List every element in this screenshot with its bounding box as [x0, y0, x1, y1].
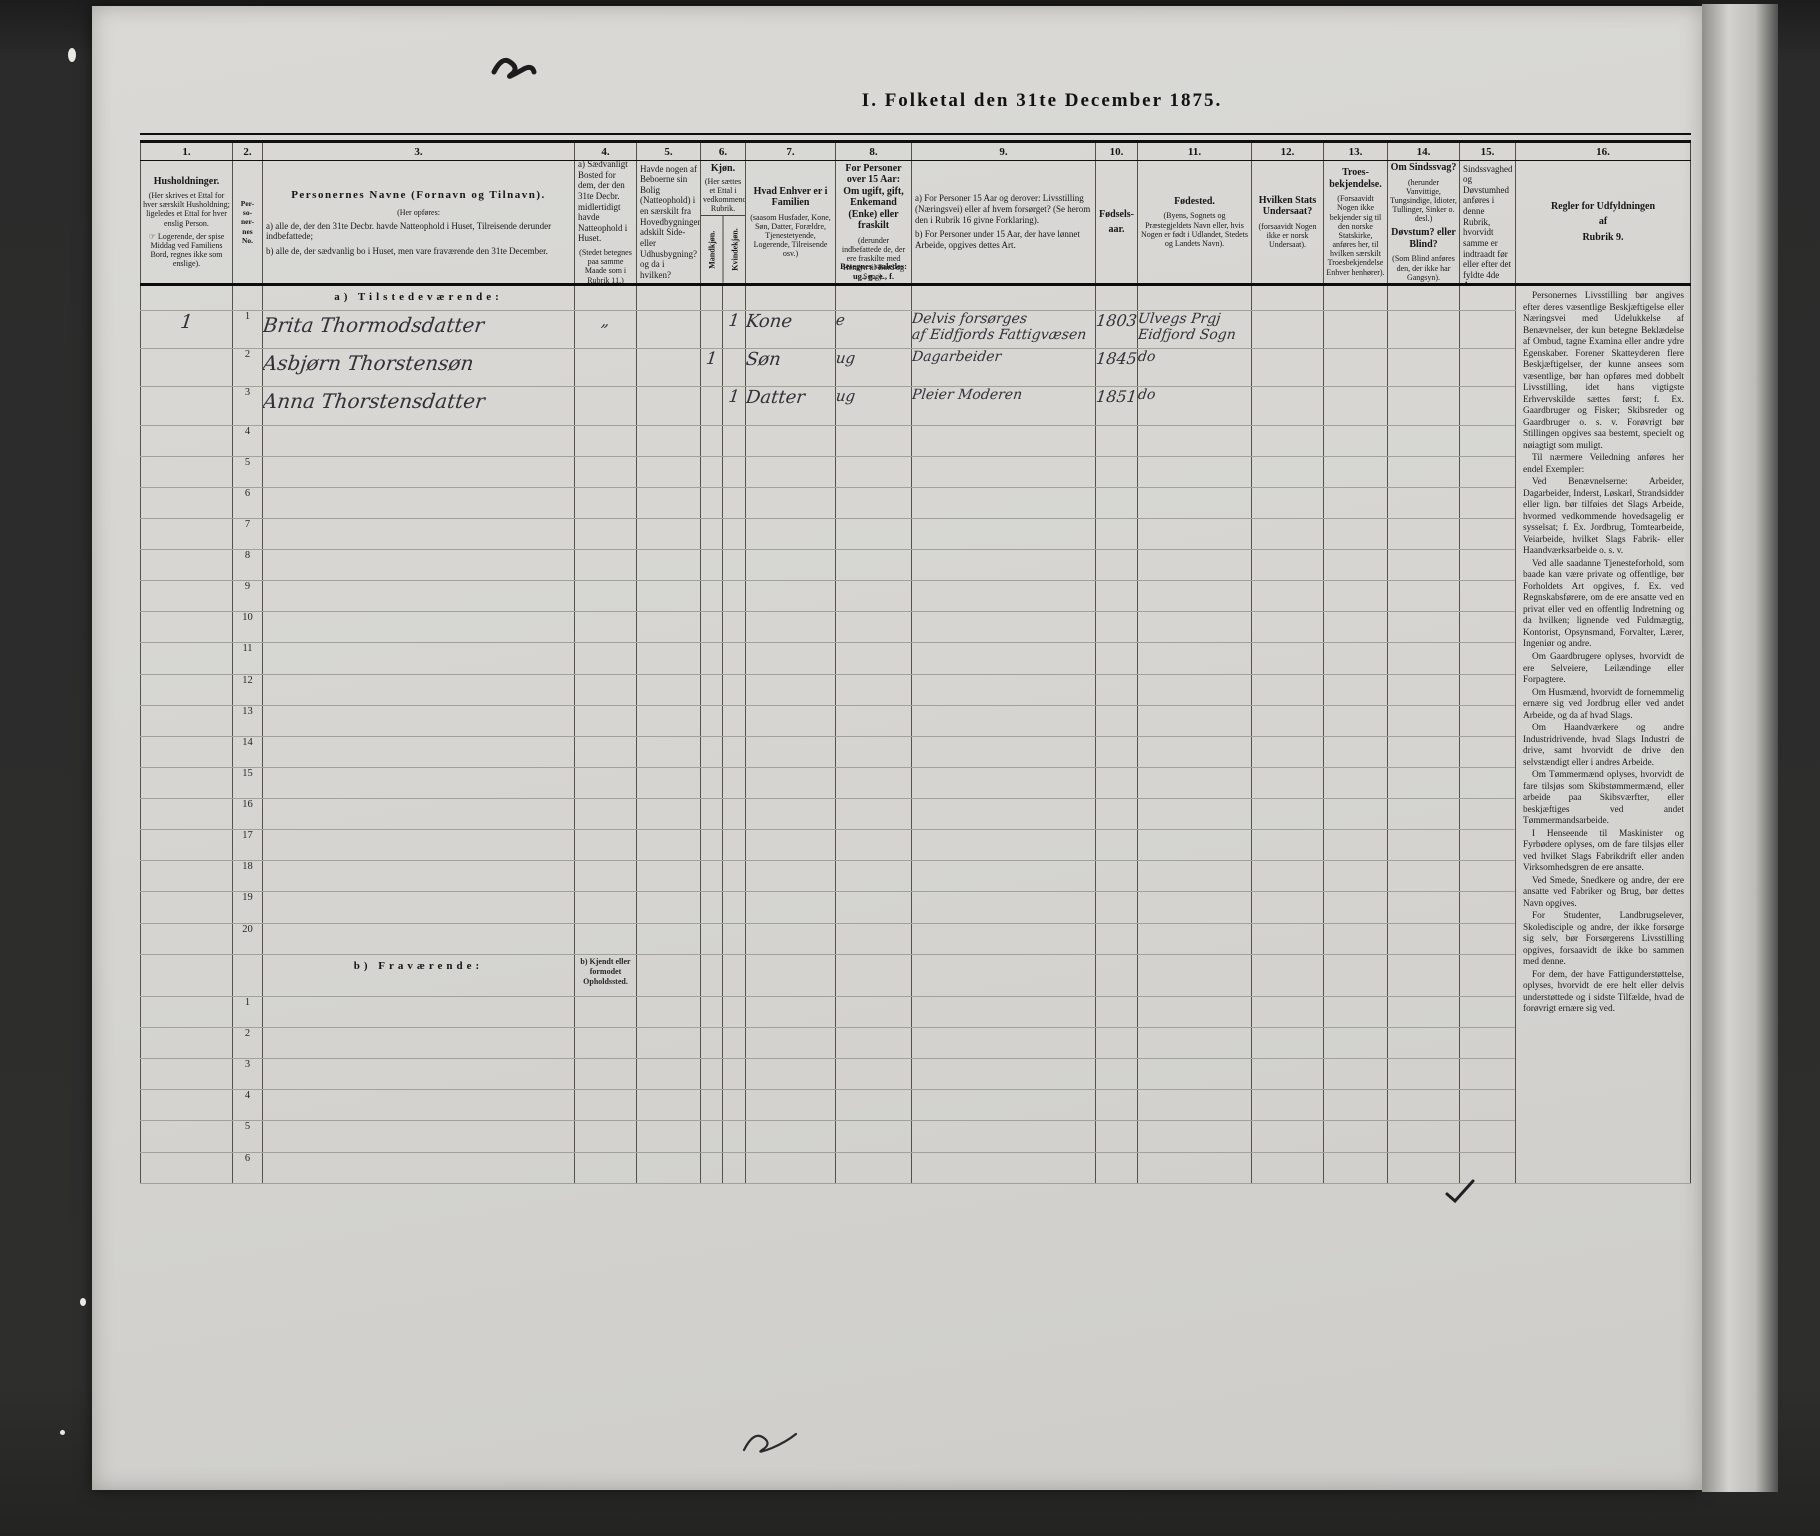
- cell-state: [1252, 387, 1324, 425]
- table-row: 5: [141, 1121, 1691, 1152]
- cell-civ: [836, 861, 912, 892]
- cell-state: [1252, 923, 1324, 954]
- cell-born: [1096, 550, 1138, 581]
- cell-f: [723, 425, 746, 456]
- cell-civ: [836, 550, 912, 581]
- table-row: 4: [141, 425, 1691, 456]
- table-row: 9: [141, 581, 1691, 612]
- cell-fam: [746, 425, 836, 456]
- cell-res: [575, 705, 637, 736]
- cell-fam: Datter: [746, 387, 836, 425]
- cell-age4: [1460, 705, 1516, 736]
- col-num-14: 14.: [1388, 142, 1460, 161]
- cell-age4: [1460, 1059, 1516, 1090]
- cell-out: [637, 643, 701, 674]
- cell-mind: [1388, 1121, 1460, 1152]
- cell-state: [1252, 643, 1324, 674]
- cell-m: [701, 830, 723, 861]
- cell-mind: [1388, 311, 1460, 349]
- cell-m: [701, 674, 723, 705]
- cell-name: [263, 643, 575, 674]
- cell-occ: [912, 581, 1096, 612]
- cell-age4: [1460, 923, 1516, 954]
- cell-occ: [912, 1090, 1096, 1121]
- cell-mind: [1388, 456, 1460, 487]
- cell-out: [637, 1121, 701, 1152]
- cell-f: [723, 705, 746, 736]
- label-female-column: Kvindekjøn.: [723, 216, 746, 283]
- cell-faith: [1324, 487, 1388, 518]
- cell-born: [1096, 830, 1138, 861]
- cell-fam: [746, 705, 836, 736]
- cell-res: [575, 736, 637, 767]
- table-row: 16: [141, 799, 1691, 830]
- cell-m: [701, 612, 723, 643]
- cell-age4: [1460, 487, 1516, 518]
- cell-place: [1138, 1152, 1252, 1183]
- cell-civ: [836, 954, 912, 996]
- cell-state: [1252, 954, 1324, 996]
- col-num-12: 12.: [1252, 142, 1324, 161]
- cell-civ: [836, 612, 912, 643]
- header-occupation: a) For Personer 15 Aar og derover: Livss…: [912, 161, 1096, 285]
- cell-mind: [1388, 349, 1460, 387]
- cell-fam: [746, 799, 836, 830]
- cell-m: [701, 425, 723, 456]
- cell-f: [723, 643, 746, 674]
- cell-res: [575, 1090, 637, 1121]
- cell-mind: [1388, 996, 1460, 1027]
- cell-hh: [141, 799, 233, 830]
- cell-res: [575, 518, 637, 549]
- cell-age4: [1460, 425, 1516, 456]
- header-usual-residence: a) Sædvanligt Bosted for dem, der den 31…: [575, 161, 637, 285]
- section-row: a) Tilstedeværende:Personernes Livsstill…: [141, 285, 1691, 311]
- cell-f: [723, 518, 746, 549]
- cell-hh: [141, 767, 233, 798]
- cell-civ: [836, 996, 912, 1027]
- cell-out: [637, 830, 701, 861]
- cell-state: [1252, 612, 1324, 643]
- cell-occ: [912, 1152, 1096, 1183]
- cell-place: [1138, 550, 1252, 581]
- cell-res: [575, 923, 637, 954]
- cell-age4: [1460, 799, 1516, 830]
- cell-f: [723, 996, 746, 1027]
- col-num-13: 13.: [1324, 142, 1388, 161]
- cell-state: [1252, 674, 1324, 705]
- cell-out: [637, 767, 701, 798]
- adjacent-page-edge: [1702, 4, 1778, 1492]
- cell-hh: [141, 456, 233, 487]
- cell-born: [1096, 1028, 1138, 1059]
- cell-age4: [1460, 311, 1516, 349]
- cell-no: 1: [233, 311, 263, 349]
- cell-civ: [836, 425, 912, 456]
- cell-occ: [912, 425, 1096, 456]
- cell-civ: [836, 830, 912, 861]
- cell-occ: [912, 674, 1096, 705]
- cell-f: [723, 285, 746, 311]
- cell-state: [1252, 425, 1324, 456]
- cell-mind: [1388, 1028, 1460, 1059]
- table-row: 7: [141, 518, 1691, 549]
- table-row: 11Brita Thormodsdatter„1KoneeDelvis fors…: [141, 311, 1691, 349]
- cell-name: [263, 581, 575, 612]
- cell-place: [1138, 674, 1252, 705]
- cell-age4: [1460, 456, 1516, 487]
- cell-age4: [1460, 518, 1516, 549]
- cell-out: [637, 705, 701, 736]
- cell-no: 6: [233, 1152, 263, 1183]
- cell-name: [263, 830, 575, 861]
- cell-occ: [912, 767, 1096, 798]
- cell-place: [1138, 612, 1252, 643]
- table-row: 4: [141, 1090, 1691, 1121]
- cell-occ: [912, 550, 1096, 581]
- header-disabilities: Om Sindssvag?(herunder Vanvittige, Tungs…: [1388, 161, 1460, 285]
- label-male-column: Mandkjøn.: [701, 216, 723, 283]
- cell-no: 8: [233, 550, 263, 581]
- col-num-5: 5.: [637, 142, 701, 161]
- cell-state: [1252, 1152, 1324, 1183]
- cell-f: [723, 736, 746, 767]
- cell-out: [637, 285, 701, 311]
- cell-m: [701, 550, 723, 581]
- cell-mind: [1388, 736, 1460, 767]
- section-row: b) Fraværende:b) Kjendt eller formodet O…: [141, 954, 1691, 996]
- cell-m: [701, 581, 723, 612]
- header-households: Husholdninger.(Her skrives et Ettal for …: [141, 161, 233, 285]
- cell-m: [701, 456, 723, 487]
- header-person-number: Per-so-ner-nesNo.: [233, 161, 263, 285]
- cell-faith: [1324, 954, 1388, 996]
- cell-f: [723, 674, 746, 705]
- cell-no: 4: [233, 425, 263, 456]
- cell-faith: [1324, 1090, 1388, 1121]
- cell-out: [637, 487, 701, 518]
- cell-state: [1252, 311, 1324, 349]
- cell-m: [701, 1028, 723, 1059]
- cell-fam: [746, 674, 836, 705]
- cell-name: [263, 923, 575, 954]
- cell-place: [1138, 456, 1252, 487]
- cell-hh: [141, 612, 233, 643]
- cell-f: [723, 612, 746, 643]
- cell-state: [1252, 285, 1324, 311]
- cell-state: [1252, 892, 1324, 923]
- cell-hh: [141, 705, 233, 736]
- cell-hh: [141, 1059, 233, 1090]
- cell-fam: [746, 1028, 836, 1059]
- cell-civ: [836, 518, 912, 549]
- cell-occ: [912, 996, 1096, 1027]
- cell-name: [263, 518, 575, 549]
- cell-f: [723, 581, 746, 612]
- cell-hh: [141, 1121, 233, 1152]
- cell-occ: [912, 799, 1096, 830]
- cell-civ: [836, 1152, 912, 1183]
- cell-out: [637, 1152, 701, 1183]
- table-row: 11: [141, 643, 1691, 674]
- cell-civ: [836, 1028, 912, 1059]
- header-civil-status: For Personer over 15 Aar: Om ugift, gift…: [836, 161, 912, 285]
- cell-mind: [1388, 830, 1460, 861]
- cell-out: [637, 425, 701, 456]
- cell-no: 10: [233, 612, 263, 643]
- cell-hh: [141, 1090, 233, 1121]
- cell-born: [1096, 612, 1138, 643]
- header-family-position: Hvad Enhver er i Familien(saasom Husfade…: [746, 161, 836, 285]
- cell-fam: [746, 1090, 836, 1121]
- cell-mind: [1388, 518, 1460, 549]
- census-table: 1. 2. 3. 4. 5. 6. 7. 8. 9. 10. 11. 12. 1…: [140, 140, 1691, 1184]
- cell-occ: [912, 705, 1096, 736]
- cell-no: 19: [233, 892, 263, 923]
- cell-civ: [836, 736, 912, 767]
- table-row: 1: [141, 996, 1691, 1027]
- cell-out: [637, 349, 701, 387]
- cell-no: 5: [233, 456, 263, 487]
- cell-res: [575, 1059, 637, 1090]
- cell-state: [1252, 349, 1324, 387]
- cell-m: [701, 954, 723, 996]
- cell-occ: [912, 1121, 1096, 1152]
- table-row: 19: [141, 892, 1691, 923]
- cell-res: b) Kjendt eller formodet Opholdssted.: [575, 954, 637, 996]
- cell-place: [1138, 861, 1252, 892]
- cell-faith: [1324, 550, 1388, 581]
- cell-no: [233, 954, 263, 996]
- cell-place: [1138, 767, 1252, 798]
- cell-fam: [746, 518, 836, 549]
- cell-born: [1096, 1059, 1138, 1090]
- cell-no: 7: [233, 518, 263, 549]
- col-num-7: 7.: [746, 142, 836, 161]
- header-citizenship: Hvilken Stats Undersaat?(forsaavidt Noge…: [1252, 161, 1324, 285]
- cell-fam: [746, 550, 836, 581]
- col-num-9: 9.: [912, 142, 1096, 161]
- cell-fam: [746, 456, 836, 487]
- cell-state: [1252, 799, 1324, 830]
- cell-name: [263, 892, 575, 923]
- cell-occ: Pleier Moderen: [912, 387, 1096, 425]
- cell-fam: [746, 643, 836, 674]
- cell-age4: [1460, 387, 1516, 425]
- cell-born: [1096, 1121, 1138, 1152]
- cell-hh: [141, 285, 233, 311]
- cell-hh: [141, 830, 233, 861]
- cell-faith: [1324, 456, 1388, 487]
- cell-out: [637, 456, 701, 487]
- cell-place: [1138, 1090, 1252, 1121]
- cell-place: [1138, 799, 1252, 830]
- header-disability-onset: I Tilfælde af Sindssvaghed og Døvstumhed…: [1460, 161, 1516, 285]
- table-top-rule: [140, 133, 1691, 135]
- table-row: 2: [141, 1028, 1691, 1059]
- cell-res: [575, 767, 637, 798]
- cell-place: [1138, 518, 1252, 549]
- cell-place: [1138, 954, 1252, 996]
- cell-res: [575, 799, 637, 830]
- cell-place: [1138, 643, 1252, 674]
- cell-m: [701, 767, 723, 798]
- cell-no: 3: [233, 1059, 263, 1090]
- cell-mind: [1388, 487, 1460, 518]
- cell-res: [575, 285, 637, 311]
- cell-f: [723, 830, 746, 861]
- cell-state: [1252, 1059, 1324, 1090]
- cell-occ: [912, 1028, 1096, 1059]
- cell-res: [575, 643, 637, 674]
- cell-res: [575, 861, 637, 892]
- cell-name: [263, 456, 575, 487]
- cell-res: [575, 550, 637, 581]
- cell-no: 12: [233, 674, 263, 705]
- cell-state: [1252, 487, 1324, 518]
- cell-hh: [141, 736, 233, 767]
- cell-no: 20: [233, 923, 263, 954]
- cell-place: [1138, 425, 1252, 456]
- cell-faith: [1324, 830, 1388, 861]
- cell-age4: [1460, 767, 1516, 798]
- cell-civ: [836, 892, 912, 923]
- cell-born: [1096, 674, 1138, 705]
- table-row: 8: [141, 550, 1691, 581]
- cell-civ: [836, 799, 912, 830]
- cell-f: [723, 1090, 746, 1121]
- cell-occ: [912, 892, 1096, 923]
- table-row: 10: [141, 612, 1691, 643]
- cell-f: [723, 1121, 746, 1152]
- cell-born: [1096, 285, 1138, 311]
- cell-name: Brita Thormodsdatter: [263, 311, 575, 349]
- table-row: 3: [141, 1059, 1691, 1090]
- cell-mind: [1388, 612, 1460, 643]
- cell-occ: [912, 923, 1096, 954]
- cell-age4: [1460, 674, 1516, 705]
- cell-res: [575, 996, 637, 1027]
- cell-hh: [141, 550, 233, 581]
- cell-faith: [1324, 736, 1388, 767]
- cell-mind: [1388, 425, 1460, 456]
- cell-fam: [746, 487, 836, 518]
- cell-fam: [746, 954, 836, 996]
- scan-speck: [80, 1298, 86, 1306]
- cell-fam: [746, 892, 836, 923]
- cell-faith: [1324, 996, 1388, 1027]
- cell-faith: [1324, 1028, 1388, 1059]
- cell-name: [263, 1059, 575, 1090]
- cell-occ: [912, 830, 1096, 861]
- cell-fam: [746, 996, 836, 1027]
- cell-m: [701, 643, 723, 674]
- cell-m: [701, 1121, 723, 1152]
- cell-out: [637, 1090, 701, 1121]
- column-header-row: Husholdninger.(Her skrives et Ettal for …: [141, 161, 1691, 285]
- cell-occ: [912, 612, 1096, 643]
- cell-out: [637, 861, 701, 892]
- cell-fam: [746, 581, 836, 612]
- cell-age4: [1460, 1028, 1516, 1059]
- cell-born: [1096, 954, 1138, 996]
- cell-m: [701, 996, 723, 1027]
- cell-hh: [141, 1152, 233, 1183]
- cell-no: 9: [233, 581, 263, 612]
- cell-state: [1252, 736, 1324, 767]
- cell-faith: [1324, 581, 1388, 612]
- cell-out: [637, 674, 701, 705]
- header-sex: Kjøn.(Her sættes et Ettal i vedkommende …: [701, 161, 746, 285]
- cell-m: [701, 311, 723, 349]
- cell-no: 2: [233, 349, 263, 387]
- cell-place: [1138, 996, 1252, 1027]
- cell-born: [1096, 861, 1138, 892]
- cell-no: 17: [233, 830, 263, 861]
- cell-res: [575, 1121, 637, 1152]
- cell-out: [637, 923, 701, 954]
- cell-f: [723, 1059, 746, 1090]
- cell-faith: [1324, 612, 1388, 643]
- cell-born: 1803: [1096, 311, 1138, 349]
- cell-mind: [1388, 861, 1460, 892]
- cell-civ: [836, 1059, 912, 1090]
- col-num-2: 2.: [233, 142, 263, 161]
- rubrik9-instructions-text: Personernes Livsstilling bør angives eft…: [1516, 286, 1690, 1183]
- cell-place: [1138, 1059, 1252, 1090]
- col-num-10: 10.: [1096, 142, 1138, 161]
- cell-born: [1096, 996, 1138, 1027]
- cell-fam: [746, 285, 836, 311]
- cell-m: 1: [701, 349, 723, 387]
- cell-state: [1252, 1028, 1324, 1059]
- cell-place: [1138, 892, 1252, 923]
- cell-res: [575, 892, 637, 923]
- cell-place: [1138, 581, 1252, 612]
- cell-state: [1252, 518, 1324, 549]
- cell-civ: [836, 643, 912, 674]
- cell-mind: [1388, 387, 1460, 425]
- cell-f: [723, 487, 746, 518]
- cell-fam: [746, 767, 836, 798]
- cell-mind: [1388, 923, 1460, 954]
- cell-faith: [1324, 285, 1388, 311]
- cell-hh: [141, 954, 233, 996]
- col-num-15: 15.: [1460, 142, 1516, 161]
- cell-fam: [746, 1121, 836, 1152]
- cell-faith: [1324, 1121, 1388, 1152]
- table-row: 3Anna Thorstensdatter1DatterugPleier Mod…: [141, 387, 1691, 425]
- cell-no: 18: [233, 861, 263, 892]
- cell-name: [263, 767, 575, 798]
- cell-name: [263, 487, 575, 518]
- col-num-1: 1.: [141, 142, 233, 161]
- cell-res: [575, 387, 637, 425]
- cell-name: [263, 705, 575, 736]
- cell-state: [1252, 581, 1324, 612]
- cell-faith: [1324, 705, 1388, 736]
- table-row: 14: [141, 736, 1691, 767]
- cell-born: [1096, 425, 1138, 456]
- table-row: 5: [141, 456, 1691, 487]
- cell-out: [637, 387, 701, 425]
- cell-name: [263, 550, 575, 581]
- cell-name: [263, 861, 575, 892]
- cell-place: [1138, 487, 1252, 518]
- cell-m: [701, 518, 723, 549]
- cell-faith: [1324, 1059, 1388, 1090]
- cell-fam: [746, 612, 836, 643]
